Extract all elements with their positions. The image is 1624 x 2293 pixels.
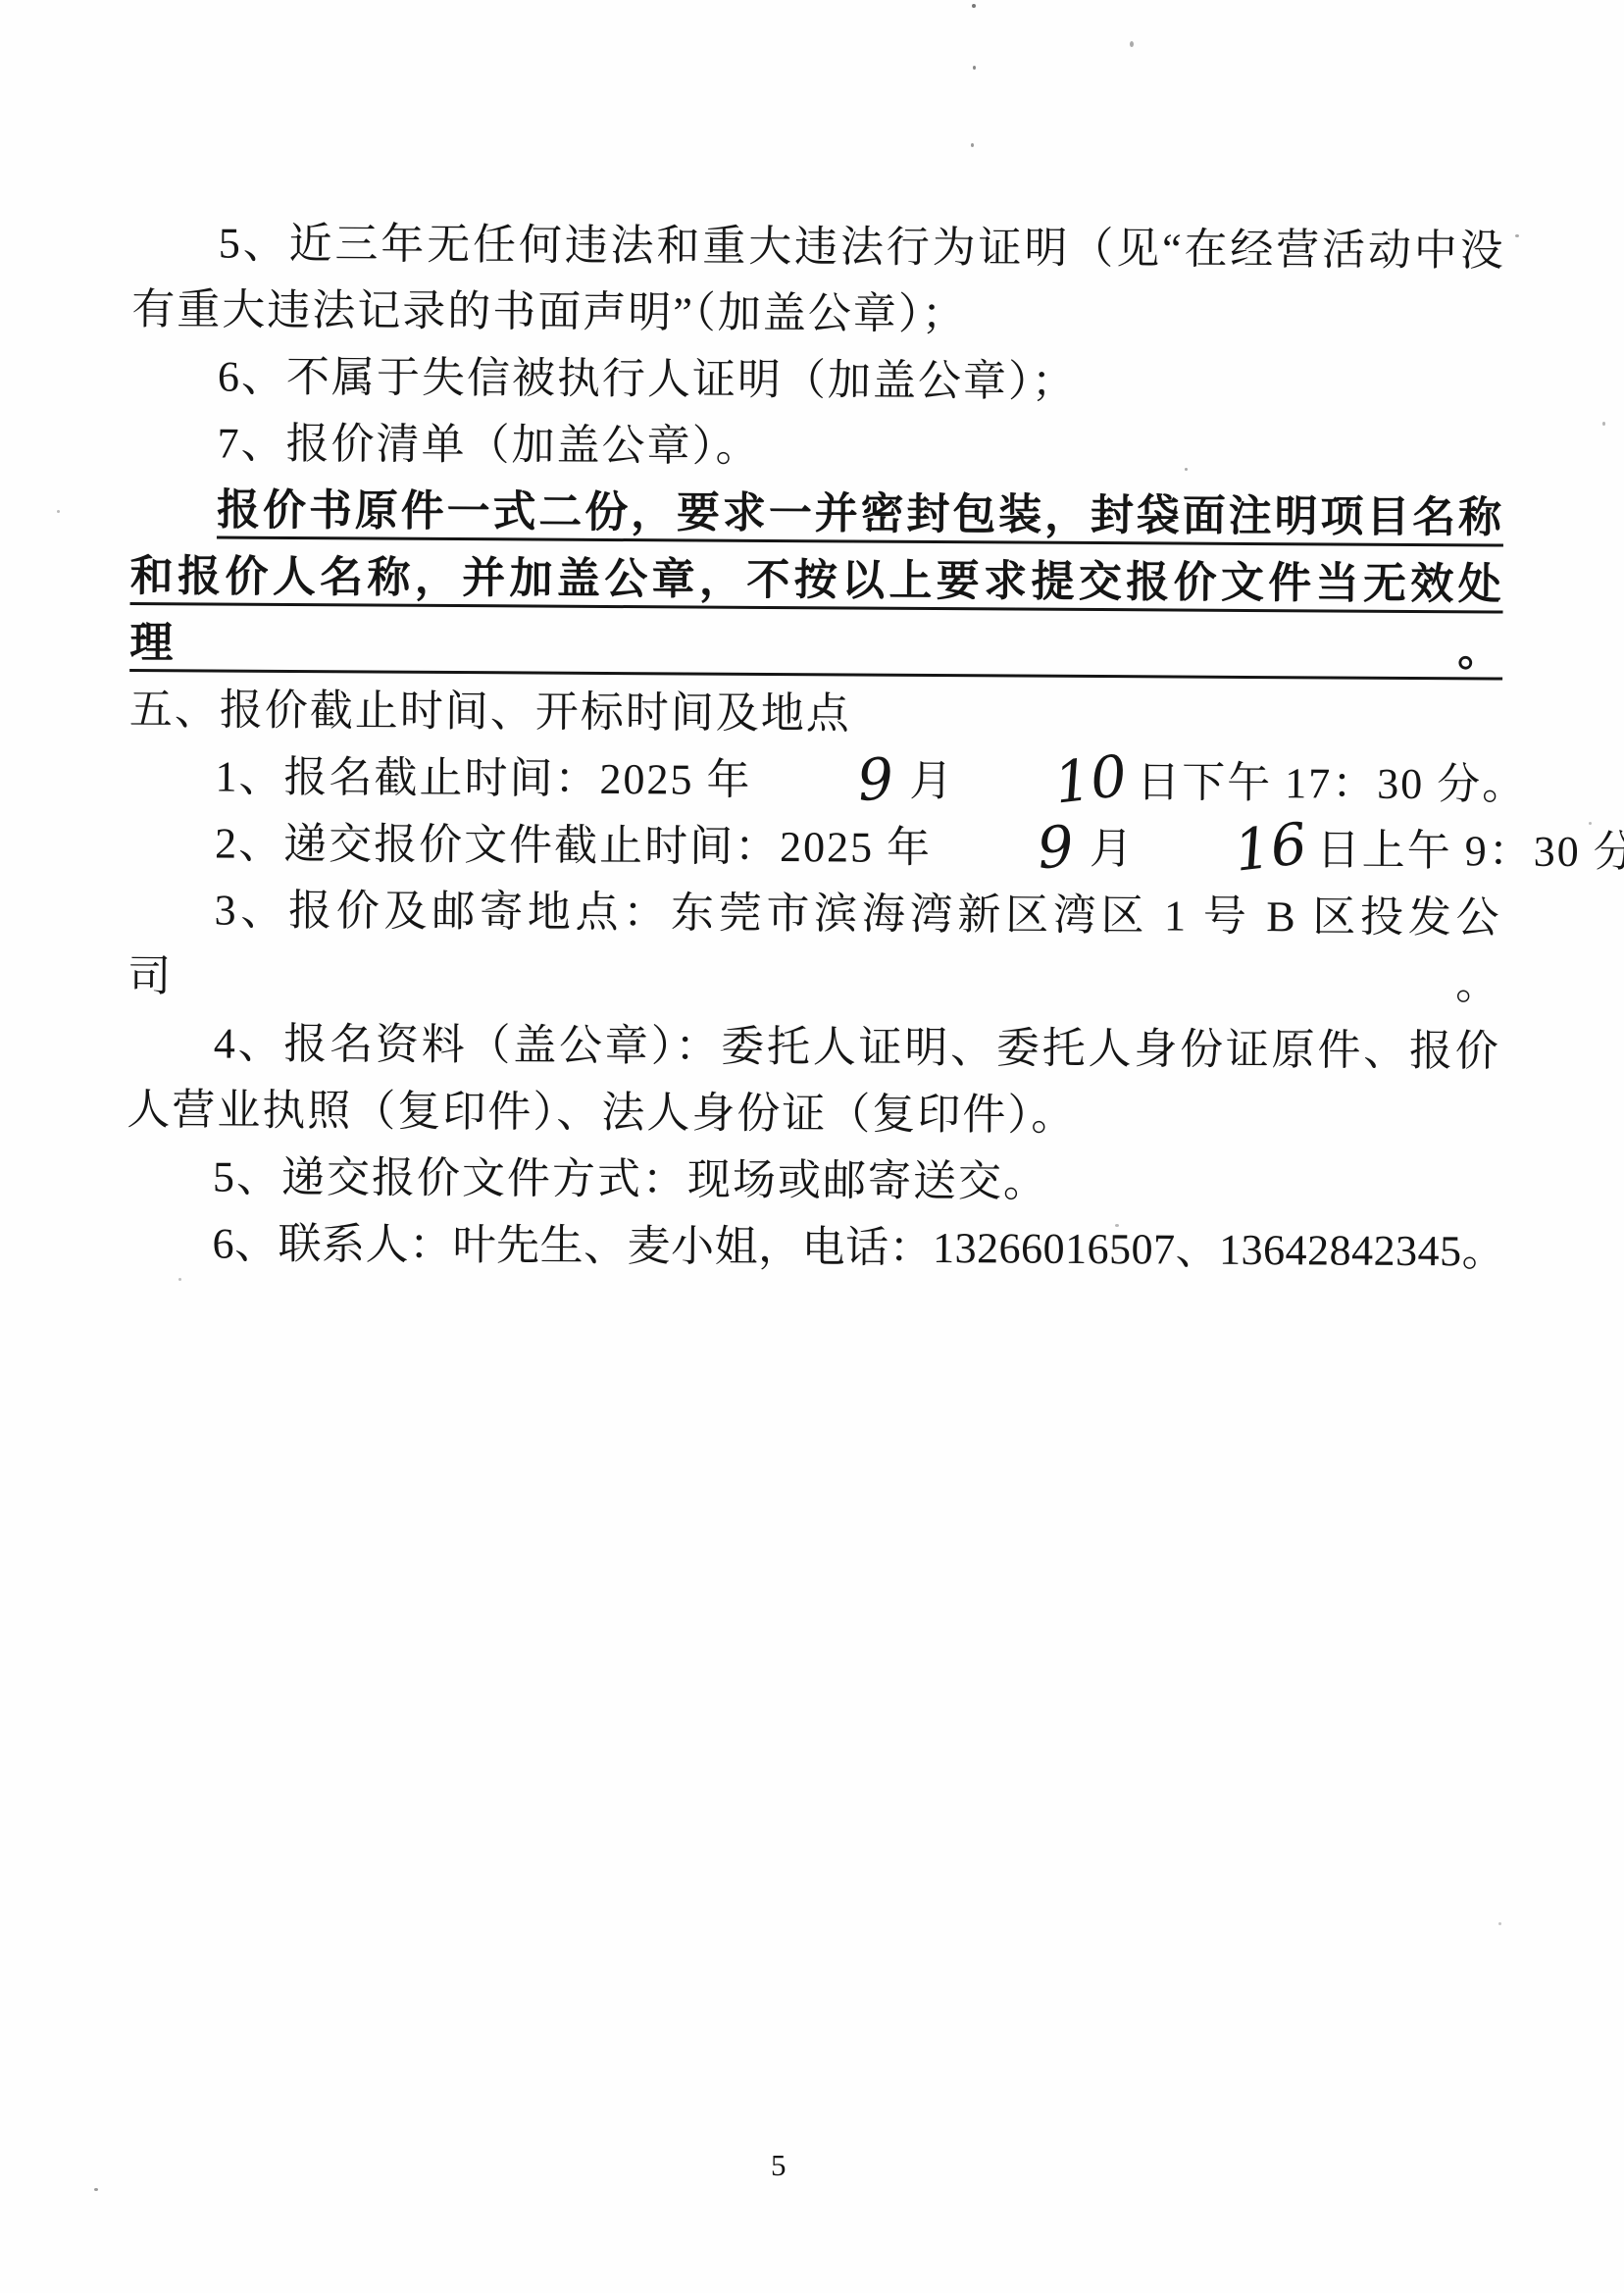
doc-line-contact-info: 6、联系人：叶先生、麦小姐，电话：13266016507、13642842345… [126, 1210, 1498, 1286]
submission-deadline-print-pre: 2、递交报价文件截止时间：2025 年 [215, 820, 932, 872]
page-number: 5 [771, 2148, 787, 2183]
submission-deadline-print-mid: 月 [1090, 825, 1135, 873]
submission-deadline-print-post: 日上午 9：30 分。 [1317, 826, 1624, 876]
handwritten-month-value: 9 [772, 778, 893, 788]
document-body: 5、近三年无任何违法和重大违法行为证明（见“在经营活动中没 有重大违法记录的书面… [126, 210, 1505, 1286]
doc-line-submission-method: 5、递交报价文件方式：现场或邮寄送交。 [127, 1144, 1499, 1219]
registration-deadline-print-post: 日下午 17：30 分。 [1137, 758, 1527, 808]
doc-line-dishonest-executee-certificate: 6、不属于失信被执行人证明（加盖公章）； [131, 343, 1504, 419]
scan-speck [57, 510, 60, 513]
scan-speck [1515, 234, 1519, 237]
doc-line-registration-materials-cont: 人营业执照（复印件）、法人身份证（复印件）。 [127, 1077, 1499, 1152]
section-heading-deadline-and-location: 五、报价截止时间、开标时间及地点 [129, 677, 1502, 752]
scan-speck [178, 1278, 181, 1281]
doc-line-sealing-requirement: 报价书原件一式二份，要求一并密封包装，封袋面注明项目名称 [130, 477, 1503, 552]
doc-line-sealing-requirement-cont: 和报价人名称，并加盖公章，不按以上要求提交报价文件当无效处理。 [129, 543, 1503, 686]
handwritten-day-value: 10 [969, 775, 1127, 793]
doc-line-quotation-list: 7、报价清单（加盖公章）。 [130, 410, 1503, 485]
document-page: 5、近三年无任何违法和重大违法行为证明（见“在经营活动中没 有重大违法记录的书面… [0, 0, 1624, 2293]
scan-speck [973, 66, 976, 70]
scan-speck [1498, 1922, 1501, 1925]
scan-speck [1602, 422, 1605, 426]
doc-line-violation-certificate-cont: 有重大违法记录的书面声明”（加盖公章）； [131, 277, 1504, 352]
scan-speck [94, 2188, 98, 2191]
doc-line-registration-materials: 4、报名资料（盖公章）：委托人证明、委托人身份证原件、报价 [127, 1010, 1500, 1086]
scan-speck [972, 4, 976, 8]
doc-line-registration-deadline: 1、报名截止时间：2025 年9月10日下午 17：30 分。 [128, 743, 1501, 819]
scan-speck [1589, 822, 1592, 825]
scan-speck [1130, 41, 1134, 47]
doc-line-mailing-address: 3、报价及邮寄地点：东莞市滨海湾新区湾区 1 号 B 区投发公司。 [127, 877, 1501, 1019]
doc-line-violation-certificate: 5、近三年无任何违法和重大违法行为证明（见“在经营活动中没 [132, 210, 1505, 285]
registration-deadline-print-mid: 月 [909, 757, 954, 805]
registration-deadline-print-pre: 1、报名截止时间：2025 年 [215, 753, 751, 804]
doc-line-submission-deadline: 2、递交报价文件截止时间：2025 年9月16日上午 9：30 分。 [128, 810, 1501, 886]
scan-speck [971, 143, 974, 147]
handwritten-month-value: 9 [951, 845, 1073, 855]
handwritten-day-value: 16 [1148, 842, 1306, 861]
